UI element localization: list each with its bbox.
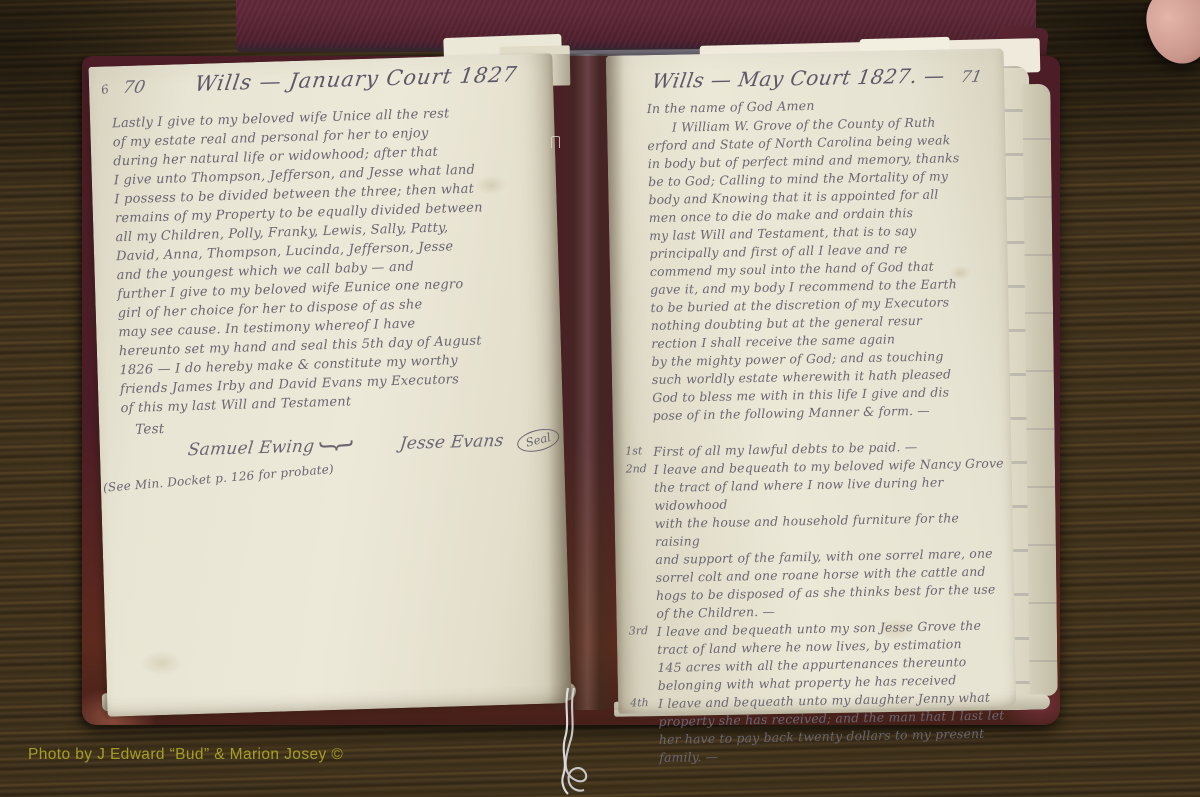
binding-thread-icon xyxy=(538,686,634,797)
clause-text: I leave and bequeath unto my son Jesse G… xyxy=(657,616,1010,695)
right-page-number: 71 xyxy=(960,67,984,86)
left-page: 6 70 Wills — January Court 1827 Lastly I… xyxy=(88,53,571,716)
witness-signature: Samuel Ewing xyxy=(187,436,316,460)
left-page-number: 70 xyxy=(121,77,147,98)
clause-text: I leave and bequeath to my beloved wife … xyxy=(654,454,1009,623)
left-page-body-text: Lastly I give to my beloved wife Unice a… xyxy=(112,102,553,419)
right-page-body-text: I William W. Grove of the County of Ruth… xyxy=(647,112,1003,425)
clause-number: 1st xyxy=(625,444,642,457)
will-opening-line: In the name of God Amen xyxy=(647,98,815,116)
photo-scene: 6 70 Wills — January Court 1827 Lastly I… xyxy=(0,0,1200,797)
left-page-corner-mark: 6 xyxy=(100,82,111,97)
testator-signature: Jesse Evans xyxy=(398,431,504,454)
right-page: Wills — May Court 1827. — 71 In the name… xyxy=(606,48,1017,714)
binding-stitch xyxy=(551,136,560,148)
clause-3: 3rd I leave and bequeath unto my son Jes… xyxy=(657,616,1010,695)
clause-number: 2nd xyxy=(626,462,647,475)
fingertip xyxy=(1138,0,1200,72)
attestation-label: Test xyxy=(135,421,165,438)
photographer-watermark: Photo by J Edward “Bud” & Marion Josey © xyxy=(28,746,343,764)
clause-2: 2nd I leave and bequeath to my beloved w… xyxy=(654,454,1009,623)
clause-4: 4th I leave and bequeath unto my daughte… xyxy=(658,688,1011,767)
signature-row: Samuel Ewing } Jesse Evans Seal xyxy=(187,425,558,464)
will-clauses: 1st First of all my lawful debts to be p… xyxy=(653,436,1011,767)
left-page-title: Wills — January Court 1827 xyxy=(193,62,519,96)
notary-flourish: } xyxy=(316,437,359,455)
probate-note: (See Min. Docket p. 126 for probate) xyxy=(103,462,335,495)
right-page-title: Wills — May Court 1827. — xyxy=(650,63,946,93)
seal-mark: Seal xyxy=(515,425,562,456)
right-page-header: Wills — May Court 1827. — 71 xyxy=(652,63,982,93)
clause-text: I leave and bequeath unto my daughter Je… xyxy=(658,688,1011,767)
clause-number: 3rd xyxy=(629,624,649,637)
